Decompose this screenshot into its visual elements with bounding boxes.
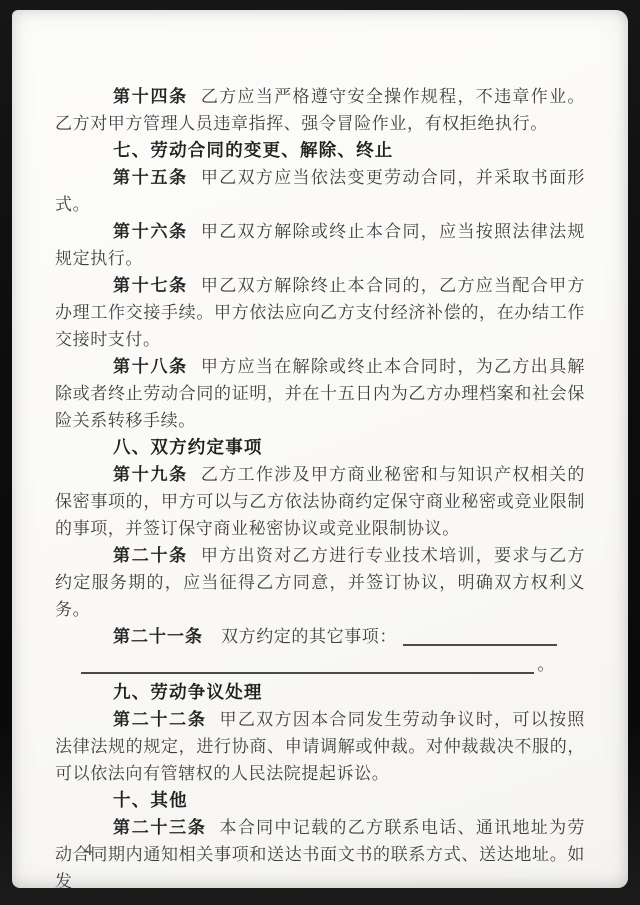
article-17-number: 第十七条 — [113, 276, 188, 295]
article-14-number: 第十四条 — [113, 87, 188, 106]
blank-field-other-items-continuation — [81, 650, 534, 674]
article-14-paragraph: 第十四条乙方应当严格遵守安全操作规程，不违章作业。乙方对甲方管理人员违章指挥、强… — [55, 83, 585, 137]
article-16-paragraph: 第十六条甲乙双方解除或终止本合同，应当按照法律法规规定执行。 — [55, 218, 585, 272]
article-19-paragraph: 第十九条乙方工作涉及甲方商业秘密和与知识产权相关的保密事项的，甲方可以与乙方依法… — [55, 461, 585, 542]
article-20-number: 第二十条 — [113, 546, 188, 565]
section-9-heading: 九、劳动争议处理 — [113, 679, 585, 706]
article-21-text: 双方约定的其它事项： — [221, 623, 397, 650]
article-23-number: 第二十三条 — [113, 818, 207, 837]
article-18-number: 第十八条 — [113, 357, 188, 376]
contract-document-page: 第十四条乙方应当严格遵守安全操作规程，不违章作业。乙方对甲方管理人员违章指挥、强… — [12, 10, 628, 888]
blank-field-other-items — [403, 623, 557, 646]
contract-text-body: 第十四条乙方应当严格遵守安全操作规程，不违章作业。乙方对甲方管理人员违章指挥、强… — [12, 10, 628, 895]
section-8-heading: 八、双方约定事项 — [113, 434, 585, 461]
article-22-number: 第二十二条 — [113, 710, 207, 729]
article-18-paragraph: 第十八条甲方应当在解除或终止本合同时，为乙方出具解除或者终止劳动合同的证明，并在… — [55, 353, 585, 434]
article-23-paragraph: 第二十三条本合同中记载的乙方联系电话、通讯地址为劳动合同期内通知相关事项和送达书… — [55, 814, 585, 895]
article-20-paragraph: 第二十条甲方出资对乙方进行专业技术培训，要求与乙方约定服务期的，应当征得乙方同意… — [55, 542, 585, 623]
section-10-heading: 十、其他 — [113, 787, 585, 814]
section-7-heading: 七、劳动合同的变更、解除、终止 — [113, 137, 585, 164]
article-21-continuation-line: 。 — [55, 650, 585, 679]
article-19-number: 第十九条 — [113, 465, 188, 484]
sentence-period: 。 — [534, 650, 555, 679]
article-16-number: 第十六条 — [113, 222, 188, 241]
article-22-paragraph: 第二十二条甲乙双方因本合同发生劳动争议时，可以按照法律法规的规定，进行协商、申请… — [55, 706, 585, 787]
article-17-paragraph: 第十七条甲乙双方解除终止本合同的，乙方应当配合甲方办理工作交接手续。甲方依法应向… — [55, 272, 585, 353]
article-21-line: 第二十一条 双方约定的其它事项： — [55, 623, 585, 650]
article-21-number: 第二十一条 — [113, 623, 203, 650]
photo-backdrop: 第十四条乙方应当严格遵守安全操作规程，不违章作业。乙方对甲方管理人员违章指挥、强… — [0, 0, 640, 905]
article-15-number: 第十五条 — [113, 168, 188, 187]
page-number: 4 — [84, 840, 92, 860]
article-15-paragraph: 第十五条甲乙双方应当依法变更劳动合同，并采取书面形式。 — [55, 164, 585, 218]
